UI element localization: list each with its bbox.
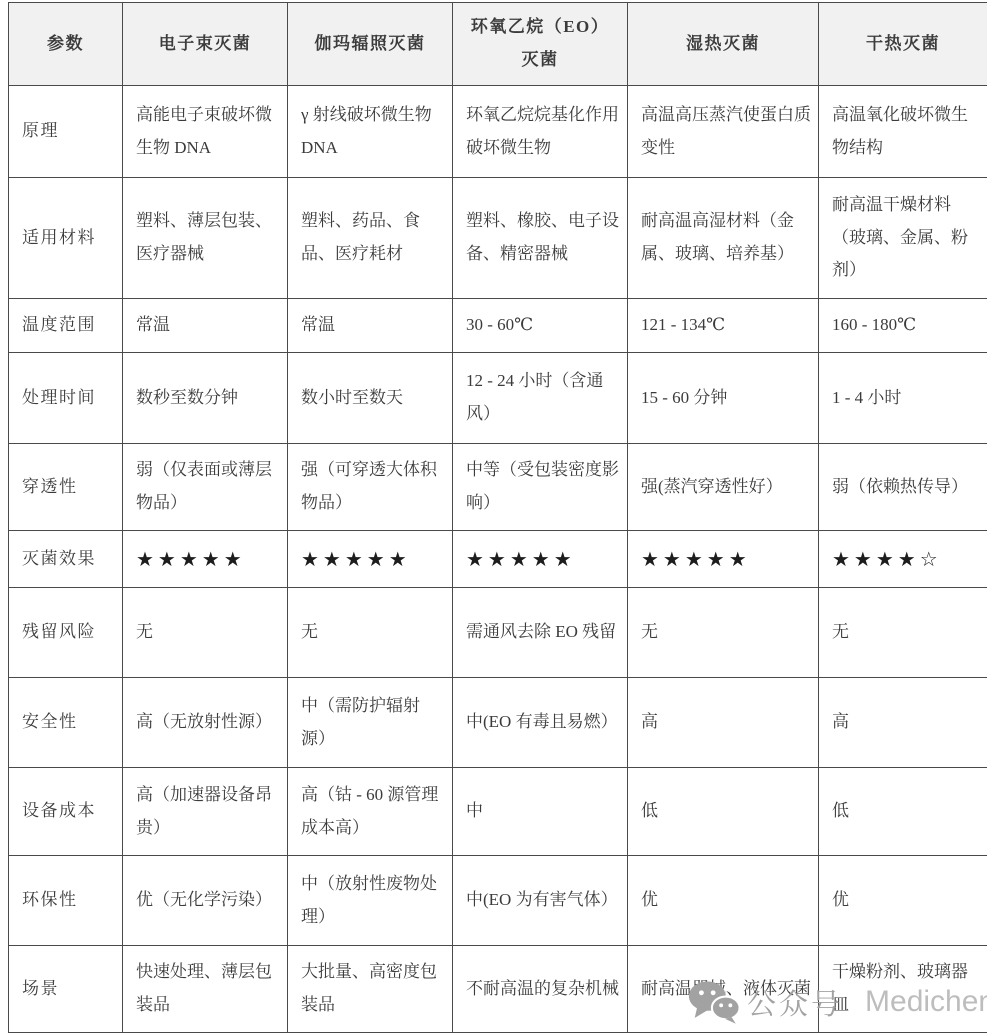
table-row: 环保性优（无化学污染）中（放射性废物处理）中(EO 为有害气体）优优: [9, 856, 987, 946]
table-cell: 数秒至数分钟: [123, 353, 288, 444]
table-cell: 高能电子束破坏微生物 DNA: [123, 86, 288, 178]
table-cell: γ 射线破坏微生物 DNA: [288, 86, 453, 178]
table-cell: 干燥粉剂、玻璃器皿: [819, 946, 987, 1033]
table-cell: 无: [628, 588, 819, 678]
table-cell: 弱（仅表面或薄层物品）: [123, 444, 288, 531]
sterilization-comparison-table: 参数电子束灭菌伽玛辐照灭菌环氧乙烷（EO）灭菌湿热灭菌干热灭菌 原理高能电子束破…: [8, 2, 987, 1033]
table-row: 温度范围常温常温30 - 60℃121 - 134℃160 - 180℃: [9, 299, 987, 353]
column-header-0: 参数: [9, 3, 123, 86]
table-cell: 大批量、高密度包装品: [288, 946, 453, 1033]
table-cell: ★★★★★: [288, 531, 453, 588]
table-cell: 优: [819, 856, 987, 946]
table-cell: ★★★★☆: [819, 531, 987, 588]
row-label: 温度范围: [9, 299, 123, 353]
table-cell: 低: [628, 768, 819, 856]
column-header-2: 伽玛辐照灭菌: [288, 3, 453, 86]
table-row: 设备成本高（加速器设备昂贵）高（钴 - 60 源管理成本高）中低低: [9, 768, 987, 856]
table-cell: 塑料、薄层包装、医疗器械: [123, 178, 288, 299]
table-cell: 中: [453, 768, 628, 856]
table-header: 参数电子束灭菌伽玛辐照灭菌环氧乙烷（EO）灭菌湿热灭菌干热灭菌: [9, 3, 987, 86]
table-cell: 塑料、药品、食品、医疗耗材: [288, 178, 453, 299]
header-row: 参数电子束灭菌伽玛辐照灭菌环氧乙烷（EO）灭菌湿热灭菌干热灭菌: [9, 3, 987, 86]
column-header-4: 湿热灭菌: [628, 3, 819, 86]
table-cell: 弱（依赖热传导）: [819, 444, 987, 531]
row-label: 安全性: [9, 678, 123, 768]
table-cell: 常温: [288, 299, 453, 353]
row-label: 适用材料: [9, 178, 123, 299]
table-cell: 12 - 24 小时（含通风）: [453, 353, 628, 444]
table-cell: ★★★★★: [123, 531, 288, 588]
table-cell: 160 - 180℃: [819, 299, 987, 353]
table-cell: 中(EO 为有害气体）: [453, 856, 628, 946]
table-row: 安全性高（无放射性源）中（需防护辐射源）中(EO 有毒且易燃）高高: [9, 678, 987, 768]
table-row: 残留风险无无需通风去除 EO 残留无无: [9, 588, 987, 678]
table-cell: 高（无放射性源）: [123, 678, 288, 768]
table-row: 处理时间数秒至数分钟数小时至数天12 - 24 小时（含通风）15 - 60 分…: [9, 353, 987, 444]
table-cell: 30 - 60℃: [453, 299, 628, 353]
table-row: 场景快速处理、薄层包装品大批量、高密度包装品不耐高温的复杂机械耐高温器械、液体灭…: [9, 946, 987, 1033]
table-cell: ★★★★★: [453, 531, 628, 588]
table-cell: 需通风去除 EO 残留: [453, 588, 628, 678]
table-cell: 无: [288, 588, 453, 678]
table-cell: 常温: [123, 299, 288, 353]
table-cell: 优（无化学污染）: [123, 856, 288, 946]
table-cell: ★★★★★: [628, 531, 819, 588]
table-cell: 中(EO 有毒且易燃）: [453, 678, 628, 768]
table-cell: 中（需防护辐射源）: [288, 678, 453, 768]
table-cell: 优: [628, 856, 819, 946]
row-label: 穿透性: [9, 444, 123, 531]
column-header-3: 环氧乙烷（EO）灭菌: [453, 3, 628, 86]
row-label: 环保性: [9, 856, 123, 946]
table-cell: 高（钴 - 60 源管理成本高）: [288, 768, 453, 856]
table-row: 适用材料塑料、薄层包装、医疗器械塑料、药品、食品、医疗耗材塑料、橡胶、电子设备、…: [9, 178, 987, 299]
row-label: 原理: [9, 86, 123, 178]
table-cell: 强（可穿透大体积物品）: [288, 444, 453, 531]
table-cell: 高温氧化破坏微生物结构: [819, 86, 987, 178]
table-cell: 15 - 60 分钟: [628, 353, 819, 444]
table-cell: 快速处理、薄层包装品: [123, 946, 288, 1033]
table-cell: 高: [628, 678, 819, 768]
table-cell: 耐高温高湿材料（金属、玻璃、培养基）: [628, 178, 819, 299]
table-row: 原理高能电子束破坏微生物 DNAγ 射线破坏微生物 DNA环氧乙烷烷基化作用破坏…: [9, 86, 987, 178]
table-cell: 中（放射性废物处理）: [288, 856, 453, 946]
row-label: 设备成本: [9, 768, 123, 856]
table-cell: 耐高温干燥材料（玻璃、金属、粉剂）: [819, 178, 987, 299]
row-label: 残留风险: [9, 588, 123, 678]
table-row: 穿透性弱（仅表面或薄层物品）强（可穿透大体积物品）中等（受包装密度影响）强(蒸汽…: [9, 444, 987, 531]
table-cell: 低: [819, 768, 987, 856]
row-label: 灭菌效果: [9, 531, 123, 588]
table-cell: 数小时至数天: [288, 353, 453, 444]
row-label: 场景: [9, 946, 123, 1033]
table-cell: 高（加速器设备昂贵）: [123, 768, 288, 856]
column-header-1: 电子束灭菌: [123, 3, 288, 86]
table-cell: 1 - 4 小时: [819, 353, 987, 444]
table-cell: 无: [819, 588, 987, 678]
table-cell: 121 - 134℃: [628, 299, 819, 353]
table-cell: 高: [819, 678, 987, 768]
table-row: 灭菌效果★★★★★★★★★★★★★★★★★★★★★★★★☆: [9, 531, 987, 588]
table-cell: 无: [123, 588, 288, 678]
column-header-5: 干热灭菌: [819, 3, 987, 86]
table-cell: 高温高压蒸汽使蛋白质变性: [628, 86, 819, 178]
table-body: 原理高能电子束破坏微生物 DNAγ 射线破坏微生物 DNA环氧乙烷烷基化作用破坏…: [9, 86, 987, 1033]
table-cell: 强(蒸汽穿透性好）: [628, 444, 819, 531]
table-cell: 塑料、橡胶、电子设备、精密器械: [453, 178, 628, 299]
table-cell: 耐高温器械、液体灭菌: [628, 946, 819, 1033]
table-cell: 中等（受包装密度影响）: [453, 444, 628, 531]
table-cell: 不耐高温的复杂机械: [453, 946, 628, 1033]
table-cell: 环氧乙烷烷基化作用破坏微生物: [453, 86, 628, 178]
row-label: 处理时间: [9, 353, 123, 444]
